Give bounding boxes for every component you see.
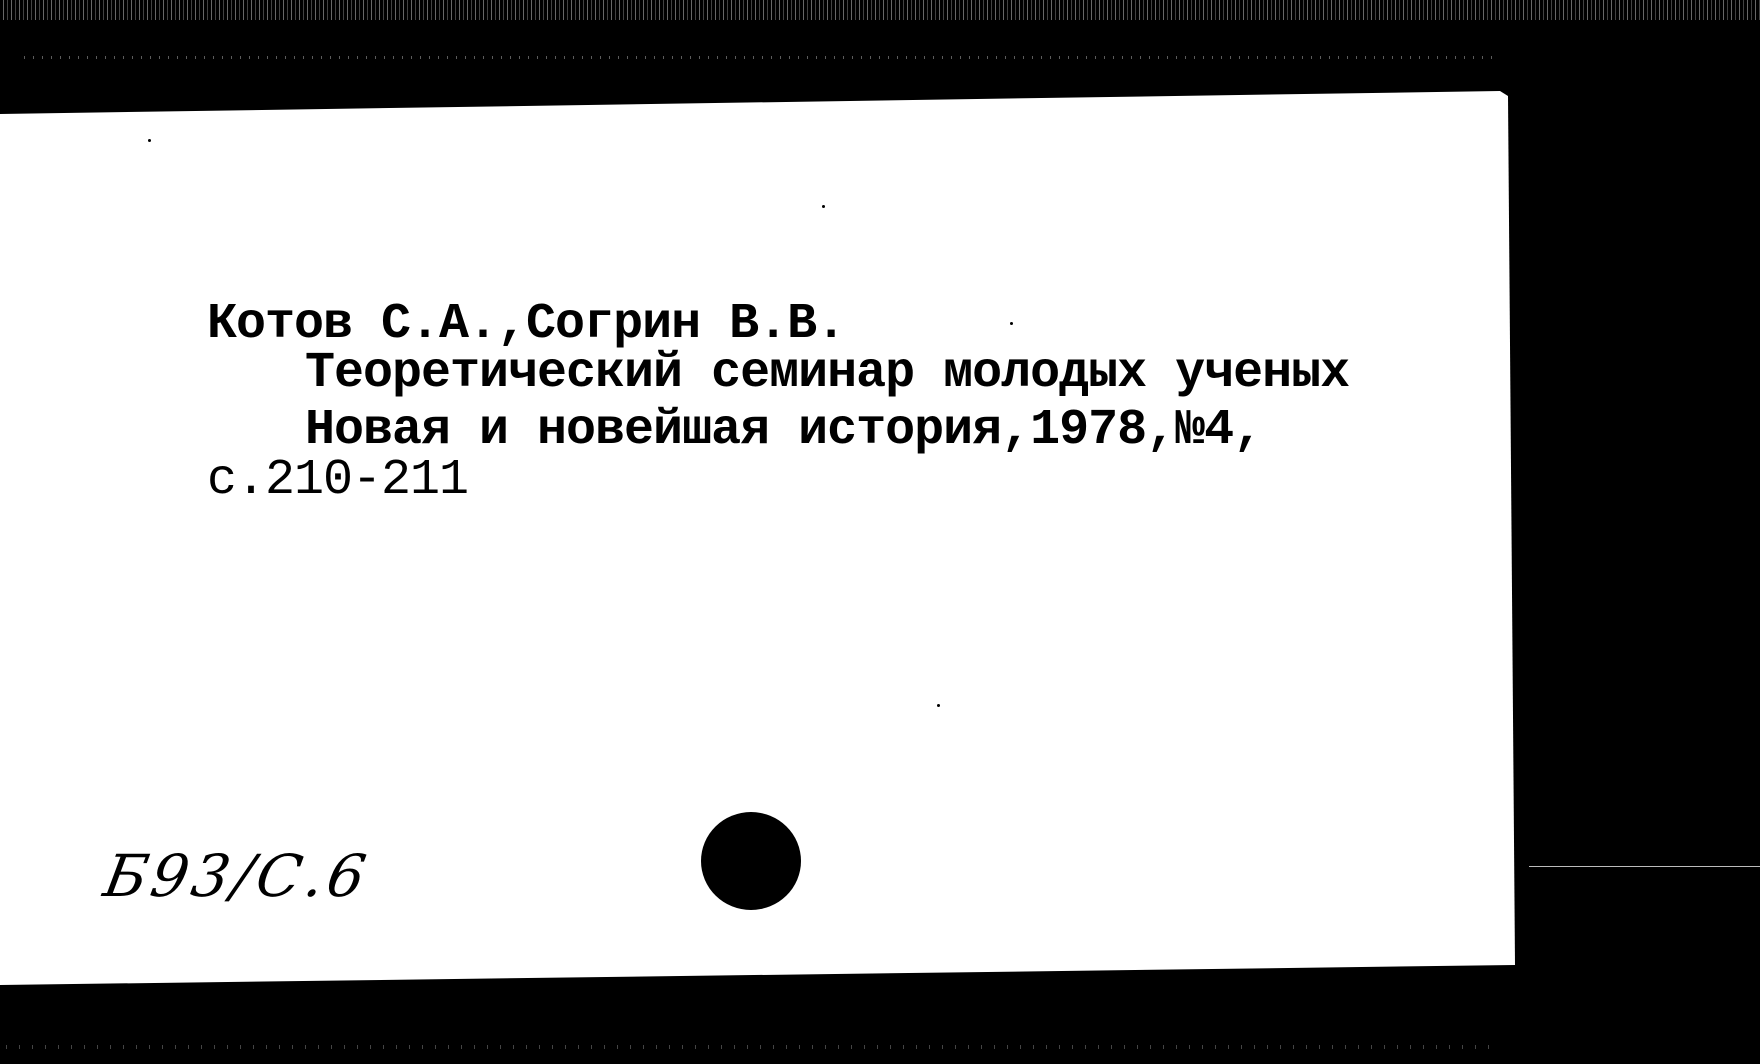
scan-noise-top xyxy=(0,0,1760,20)
hole-punch-icon xyxy=(701,812,801,910)
speck xyxy=(1010,322,1013,325)
pages-line: с.210-211 xyxy=(207,456,468,506)
catalog-card: Котов С.А.,Согрин В.В. Теоретический сем… xyxy=(0,0,1760,1064)
source-line: Новая и новейшая история,1978,№4, xyxy=(305,406,1262,456)
scan-noise-strip xyxy=(20,56,1500,59)
title-line: Теоретический семинар молодых ученых xyxy=(305,349,1349,399)
speck xyxy=(148,139,151,142)
speck xyxy=(822,205,825,208)
scan-edge-line xyxy=(1529,866,1760,867)
speck xyxy=(937,704,940,707)
scan-noise-bottom xyxy=(0,1045,1500,1049)
handwritten-call-number: Б93/С.6 xyxy=(99,842,375,910)
author-line: Котов С.А.,Согрин В.В. xyxy=(207,300,845,350)
